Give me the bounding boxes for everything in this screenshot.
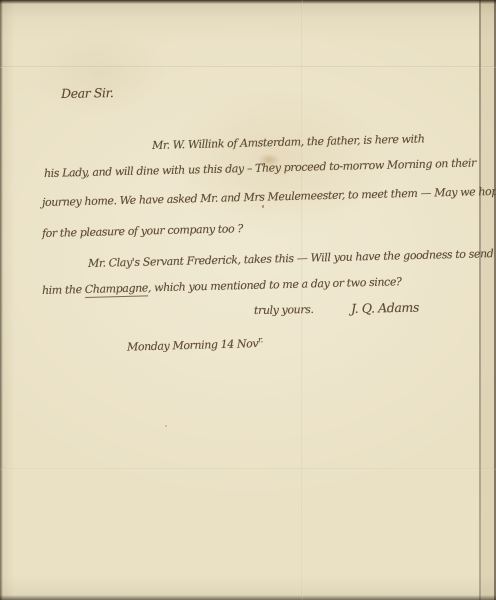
letter-paragraph1-line4: for the pleasure of your company too ? xyxy=(42,222,243,240)
letter-paragraph1-line3: journey home. We have asked Mr. and Mrs … xyxy=(42,185,496,209)
underlined-champagne-word: Champagne xyxy=(85,281,148,298)
paper-crease-vertical-fold xyxy=(301,0,303,600)
letter-paragraph1-line1: Mr. W. Willink of Amsterdam, the father,… xyxy=(152,132,425,152)
dateline-text: Monday Morning 14 Nov xyxy=(127,337,259,354)
paper-speck xyxy=(165,425,167,427)
paper-edge-bottom xyxy=(0,595,496,600)
paper-edge-left xyxy=(0,0,3,600)
dateline-superscript: r. xyxy=(258,335,263,344)
paper-speck xyxy=(262,205,264,208)
paper-crease-horizontal-top xyxy=(0,66,496,68)
letter-page: Dear Sir. Mr. W. Willink of Amsterdam, t… xyxy=(0,0,496,600)
signature: J. Q. Adams xyxy=(351,300,419,316)
paper-edge-top xyxy=(0,0,496,4)
paper-crease-horizontal-bottom xyxy=(0,468,496,470)
letter-closing: truly yours. xyxy=(254,303,314,317)
letter-paragraph2-line2-pre: him the xyxy=(42,283,85,297)
letter-paragraph2-line1: Mr. Clay's Servant Frederick, takes this… xyxy=(88,247,496,270)
letter-paragraph2-line2-post: , which you mentioned to me a day or two… xyxy=(148,275,402,294)
letter-dateline: Monday Morning 14 Novr. xyxy=(127,335,263,353)
letter-greeting: Dear Sir. xyxy=(61,85,114,101)
letter-paragraph2-line2: him the Champagne, which you mentioned t… xyxy=(42,275,402,297)
